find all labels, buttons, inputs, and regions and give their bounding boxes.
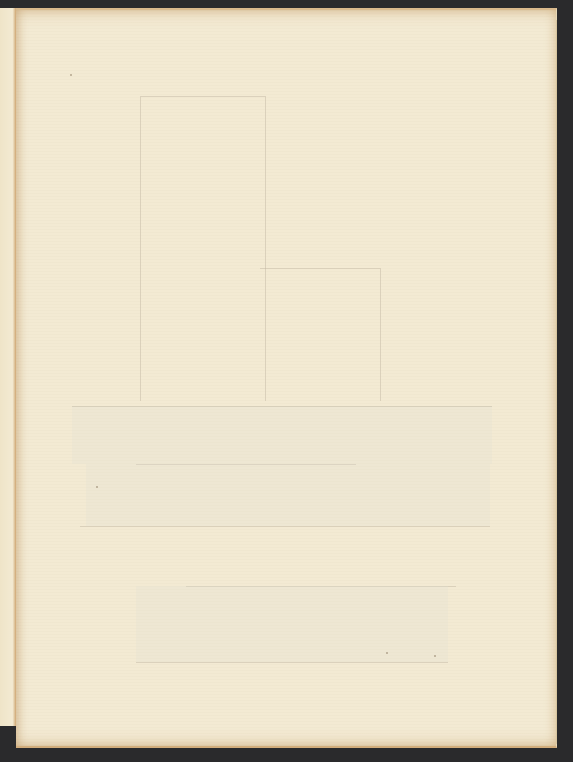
page-fore-edge — [550, 20, 557, 744]
ghost-band-1 — [72, 406, 492, 464]
ghost-line-3 — [80, 526, 490, 527]
ghost-outline-upper-right — [260, 268, 381, 401]
blank-page — [16, 8, 557, 748]
ghost-line-5 — [136, 662, 448, 663]
ghost-outline-upper-left — [140, 96, 266, 401]
paper-speck — [96, 486, 98, 488]
paper-speck — [386, 652, 388, 654]
ghost-line-1 — [72, 406, 492, 407]
ghost-band-2 — [86, 464, 490, 526]
paper-speck — [70, 74, 72, 76]
paper-speck — [434, 655, 436, 657]
ghost-band-3 — [136, 586, 448, 662]
